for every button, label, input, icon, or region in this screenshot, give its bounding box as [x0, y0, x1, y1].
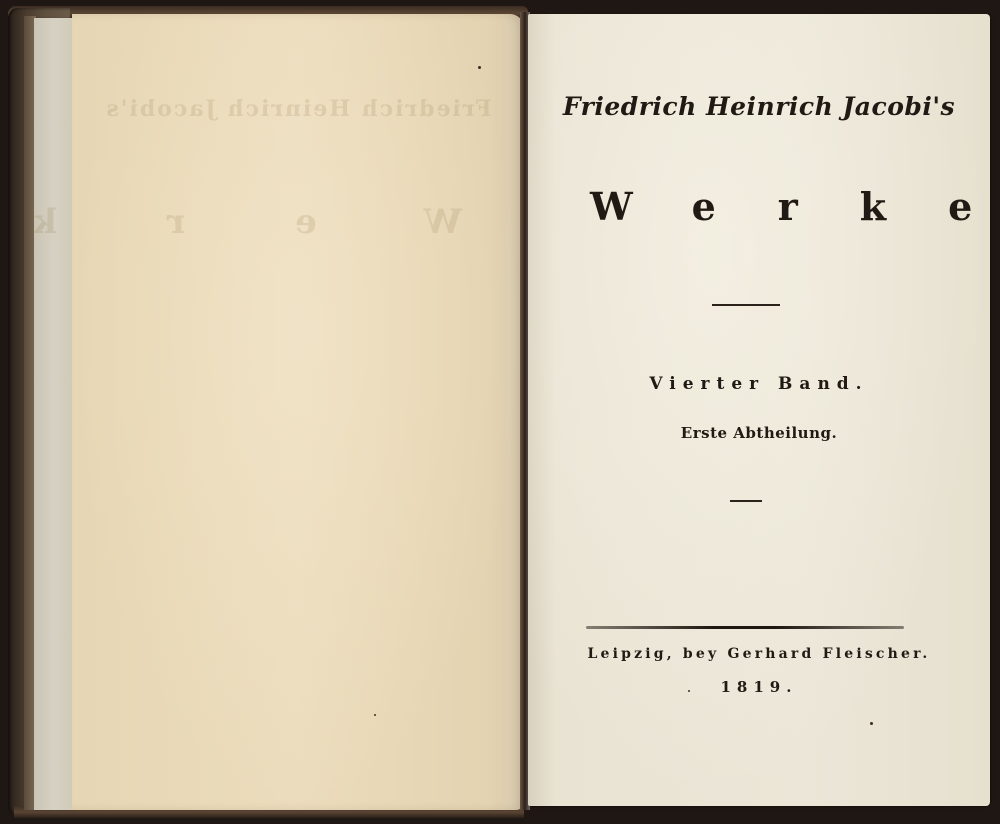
author-line: Friedrich Heinrich Jacobi's: [528, 92, 990, 121]
left-page: Friedrich Heinrich Jacobi's Werke.: [72, 14, 524, 810]
ink-speck: [870, 722, 873, 725]
publication-year: 1819.: [528, 678, 990, 696]
flyleaf: [34, 18, 74, 810]
imprint-rule: [586, 626, 904, 629]
volume-line: Vierter Band.: [528, 374, 990, 394]
ink-speck: [478, 66, 481, 69]
ornamental-rule: [712, 304, 780, 306]
ink-speck: [374, 714, 376, 716]
part-line: Erste Abtheilung.: [528, 424, 990, 442]
imprint-line: Leipzig, bey Gerhard Fleischer.: [528, 646, 990, 662]
book-title: Werke.: [528, 184, 990, 229]
open-book: Friedrich Heinrich Jacobi's Werke. Fried…: [0, 0, 1000, 824]
ink-speck: [688, 690, 690, 692]
bleed-through-author: Friedrich Heinrich Jacobi's: [72, 96, 524, 122]
small-rule: [730, 500, 762, 502]
title-page: Friedrich Heinrich Jacobi's Werke. Viert…: [528, 14, 990, 806]
bleed-through-title: Werke.: [72, 202, 524, 242]
